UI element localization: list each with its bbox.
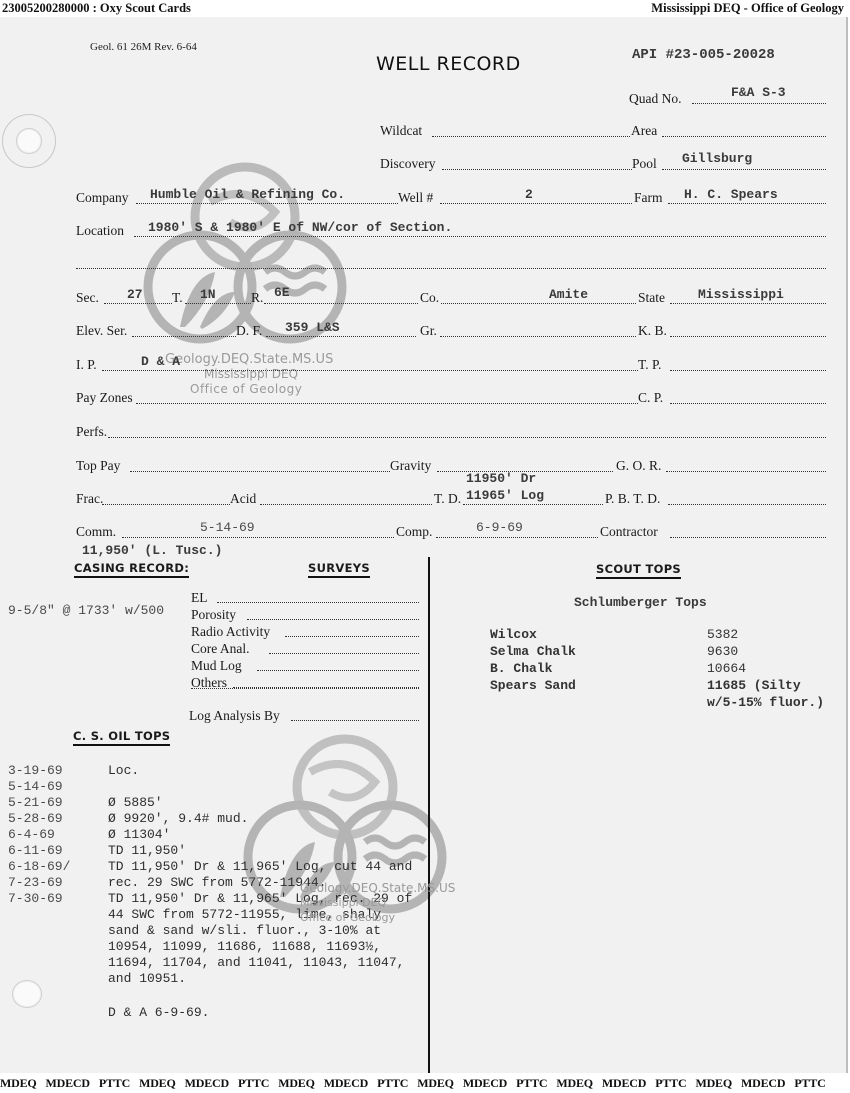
oil-top-row: D & A 6-9-69. [8,1003,209,1021]
tp-label: T. P. [638,357,661,373]
scout-top-depth: 9630 [707,644,738,659]
kb-label: K. B. [638,323,667,339]
wildcat-label: Wildcat [380,123,422,139]
survey-porosity: Porosity [191,607,419,623]
df-value: 359 L&S [285,320,340,335]
form-code: Geol. 61 26M Rev. 6-64 [90,41,197,53]
df-label: D. F. [236,323,262,339]
scout-top-row: B. Chalk [490,661,552,676]
company-label: Company [76,190,129,206]
ip-value: D & A [141,354,180,369]
county-label: Co. [420,290,439,306]
watermark-url-2: Geology.DEQ.State.MS.US [300,881,455,895]
gr-label: Gr. [420,323,437,339]
pool-label: Pool [632,156,657,172]
scout-tops-subheading: Schlumberger Tops [574,595,707,610]
frac-label: Frac. [76,491,103,507]
td-value-drill: 11950' Dr [466,471,536,486]
farm-label: Farm [634,190,663,206]
range-label: R. [251,290,263,306]
casing-record-value: 9-5/8" @ 1733' w/500 [8,603,164,618]
viewer-header: 23005200280000 : Oxy Scout Cards Mississ… [0,0,850,17]
quad-label: Quad No. [629,91,682,107]
survey-mud-log: Mud Log [191,658,419,674]
scout-top-depth-note: w/5-15% fluor.) [707,695,824,710]
watermark-url: Geology.DEQ.State.MS.US [165,352,333,367]
scout-tops-heading: SCOUT TOPS [596,562,681,579]
quad-value: F&A S-3 [731,85,786,100]
area-label: Area [631,123,657,139]
surveys-heading: SURVEYS [308,561,370,578]
survey-el: EL [191,590,419,606]
state-value: Mississippi [698,287,784,302]
acid-label: Acid [230,491,256,507]
cp-label: C. P. [638,390,663,406]
formation-note: 11,950' (L. Tusc.) [82,543,222,558]
gravity-label: Gravity [390,458,431,474]
comp-label: Comp. [396,524,432,540]
pbtd-label: P. B. T. D. [605,491,660,507]
well-record-card: Geology.DEQ.State.MS.US Mississippi DEQ … [0,17,848,1073]
perfs-label: Perfs. [76,424,107,440]
well-label: Well # [398,190,433,206]
casing-record-heading: CASING RECORD: [74,561,189,578]
watermark-office-2: Office of Geology [300,911,395,924]
td-value-log: 11965' Log [466,488,544,503]
scout-top-row: Selma Chalk [490,644,576,659]
comm-label: Comm. [76,524,116,540]
oil-top-row [8,985,108,1003]
pool-value: Gillsburg [682,151,752,166]
scout-top-depth: 11685 (Silty [707,678,801,693]
scout-top-row: Wilcox [490,627,537,642]
toppay-label: Top Pay [76,458,120,474]
api-number: API #23-005-20028 [632,47,775,63]
township-value: 1N [200,287,216,302]
scout-top-row: Spears Sand [490,678,576,693]
company-value: Humble Oil & Refining Co. [150,187,345,202]
location-label: Location [76,223,124,239]
scout-top-depth: 5382 [707,627,738,642]
sec-value: 27 [127,287,143,302]
punch-hole-top [16,128,42,154]
page-title: WELL RECORD [376,53,521,75]
payzones-label: Pay Zones [76,390,133,406]
elev-label: Elev. Ser. [76,323,127,339]
ip-label: I. P. [76,357,97,373]
contractor-label: Contractor [600,524,658,540]
discovery-label: Discovery [380,156,435,172]
comm-value: 5-14-69 [200,520,255,535]
watermark-office: Office of Geology [190,382,302,396]
survey-core-anal: Core Anal. [191,641,419,657]
agency-title: Mississippi DEQ - Office of Geology [651,0,844,17]
column-divider [428,557,430,1090]
well-value: 2 [525,187,533,202]
farm-value: H. C. Spears [684,187,778,202]
county-value: Amite [549,287,588,302]
location-value: 1980' S & 1980' E of NW/cor of Section. [148,220,452,235]
comp-value: 6-9-69 [476,520,523,535]
watermark-agency-2: Mississippi DEQ [300,896,386,909]
range-value: 6E [274,285,290,300]
survey-radio-activity: Radio Activity [191,624,419,640]
record-id-title: 23005200280000 : Oxy Scout Cards [2,0,191,17]
scout-top-depth: 10664 [707,661,746,676]
survey-log-analysis: Log Analysis By [189,708,419,724]
footer-agencies: MDEQMDECDPTTCMDEQMDECDPTTCMDEQMDECDPTTCM… [0,1073,850,1093]
oil-tops-heading: C. S. OIL TOPS [73,729,170,746]
gor-label: G. O. R. [616,458,661,474]
state-label: State [638,290,665,306]
sec-label: Sec. [76,290,99,306]
township-label: T. [172,290,183,306]
td-label: T. D. [434,491,461,507]
